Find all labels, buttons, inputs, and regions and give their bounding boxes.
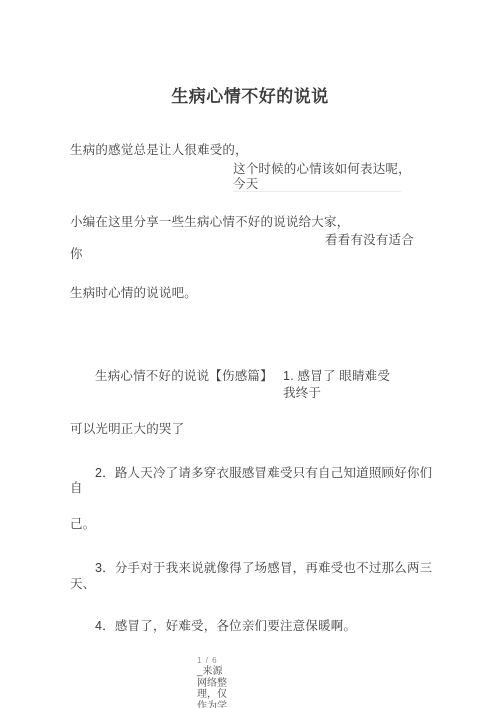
text-line: 生病时心情的说说吧。 bbox=[70, 286, 197, 300]
text-line: 我终于 bbox=[283, 386, 321, 400]
text-line: 你 bbox=[70, 247, 83, 261]
footer-note-line: _来源 bbox=[197, 666, 237, 678]
document-page: 生病心情不好的说说 生病的感觉总是让人很难受的，这个时候的心情该如何表达呢，今天… bbox=[0, 0, 500, 708]
text-line: 2．路人天冷了请多穿衣服感冒难受只有自己知道照顾好你们 bbox=[95, 466, 432, 480]
text-line: 生病的感觉总是让人很难受的， bbox=[70, 143, 248, 157]
faint-underline bbox=[233, 191, 401, 192]
text-line: 天、 bbox=[70, 577, 95, 591]
text-line: 己。 bbox=[70, 517, 95, 531]
text-line: 看看有没有适合 bbox=[325, 233, 414, 247]
text-line: 自 bbox=[70, 481, 83, 495]
footer-note-line: 网络整 bbox=[197, 678, 237, 690]
text-line: 生病心情不好的说说【伤感篇】 bbox=[95, 369, 273, 383]
text-line: 3．分手对于我来说就像得了场感冒，再难受也不过那么两三 bbox=[95, 561, 432, 575]
text-line: 小编在这里分享一些生病心情不好的说说给大家， bbox=[70, 215, 349, 229]
page-indicator: 1 / 6 bbox=[197, 656, 218, 665]
text-line: 4．感冒了，好难受，各位亲们要注意保暖啊。 bbox=[95, 619, 356, 633]
page-title: 生病心情不好的说说 bbox=[0, 82, 500, 107]
text-line: 1. 感冒了 眼睛难受 bbox=[283, 369, 390, 383]
text-line: 可以光明正大的哭了 bbox=[70, 422, 184, 436]
text-line: 这个时候的心情该如何表达呢， bbox=[233, 162, 411, 176]
footer-note-line: 作为学 bbox=[197, 701, 237, 708]
footer-note-line: 理，仅 bbox=[197, 689, 237, 701]
footer-note: _来源网络整理，仅作为学 bbox=[197, 666, 237, 708]
text-line: 今天 bbox=[233, 177, 258, 191]
